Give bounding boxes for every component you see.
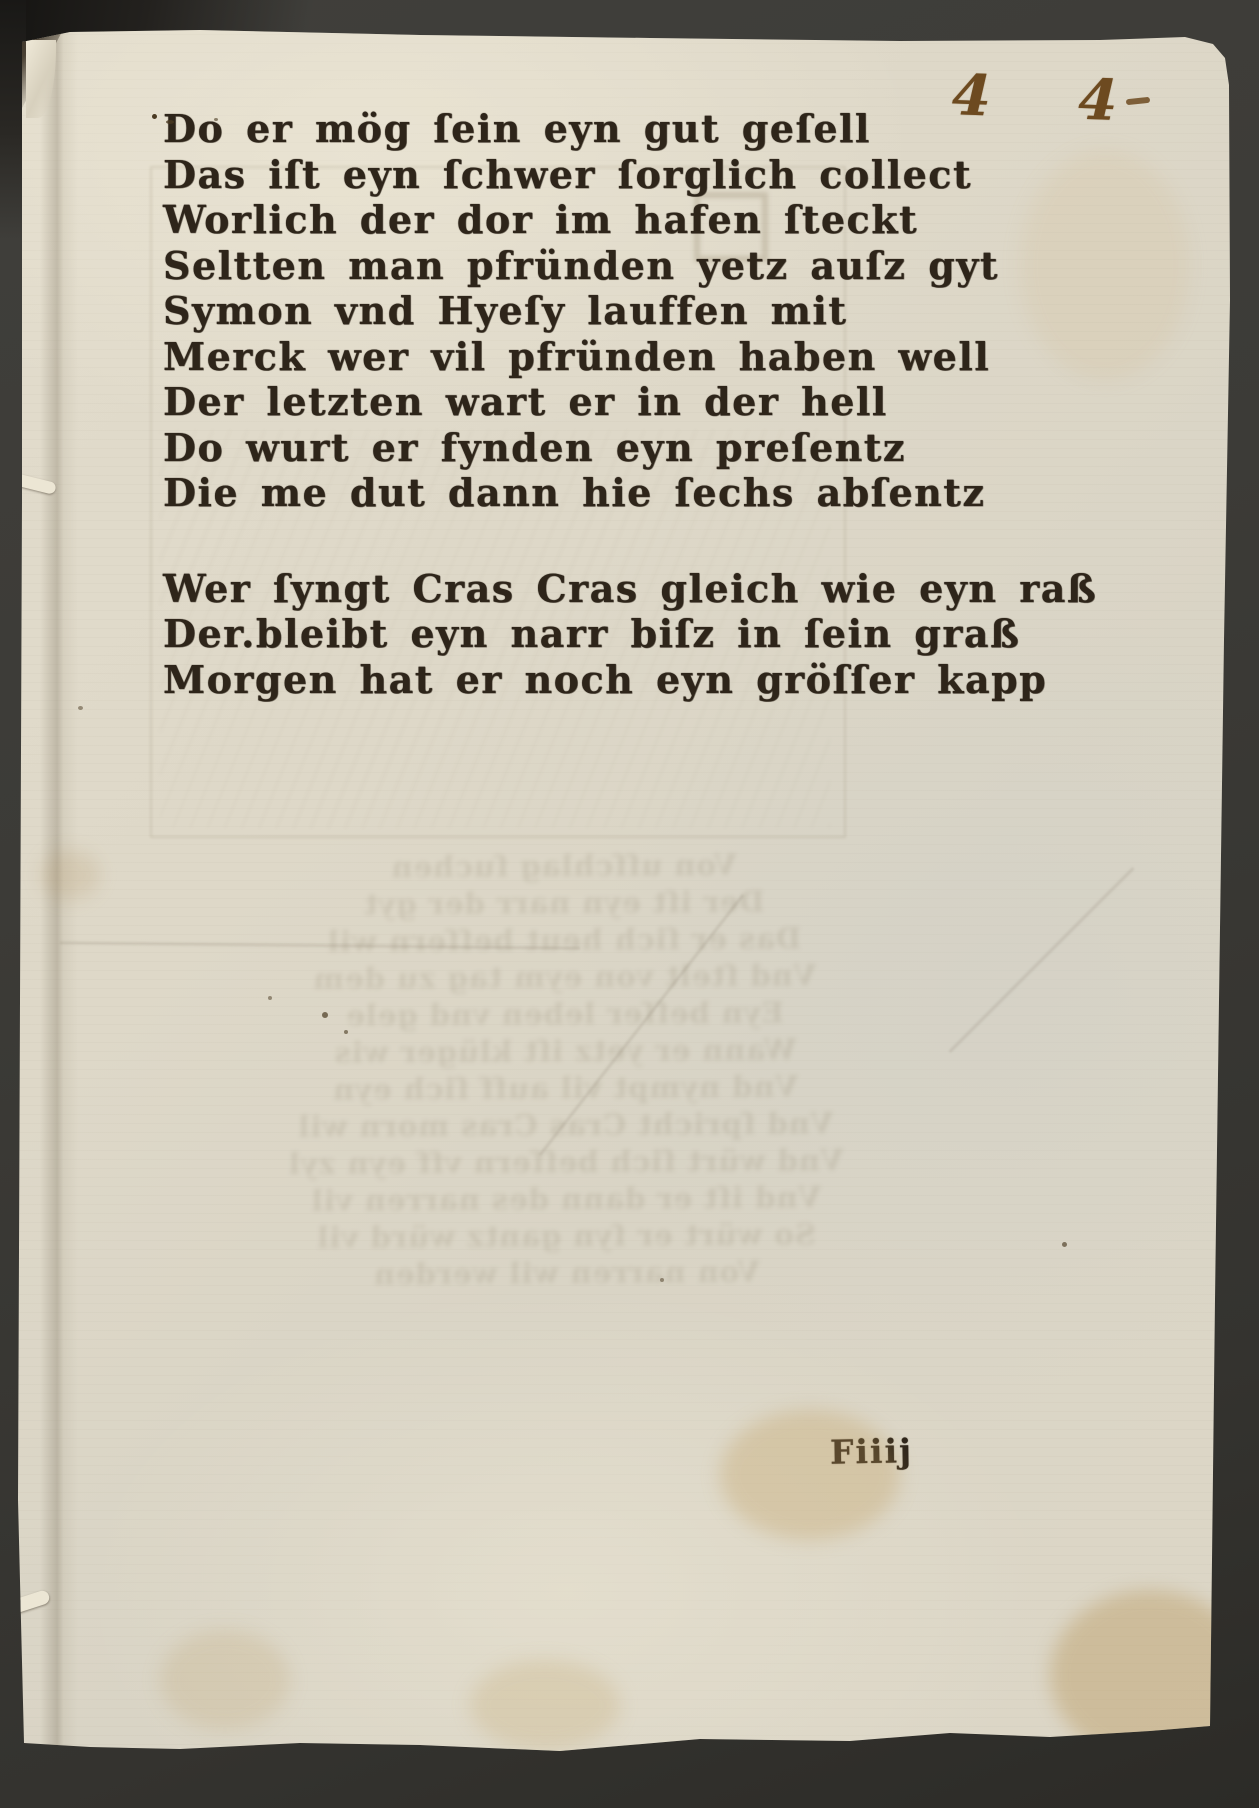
ink-speck [214,118,218,121]
poem-line: Das iſt eyn ſchwer ſorglich collect [163,152,1143,198]
poem-stanza-2: Wer ſyngt Cras Cras gleich wie eyn raßDe… [163,566,1143,703]
poem-stanza-1: Do er mög ſein eyn gut geſellDas iſt eyn… [163,106,1143,516]
ghost-line: Wann er yetz iſt klüger wis [250,1031,880,1072]
paper-stain [1020,150,1190,380]
ghost-line: Vnd iſt er dann des narren vil [251,1179,881,1220]
ghost-line: Von narren wil werden [251,1253,881,1294]
ghost-line: Vnd würt ſich beſſern vff eyn zyl [251,1142,881,1183]
ghost-line: Der iſt eyn narr der gyt [249,883,879,924]
ghost-line: Das er ſich heut beſſern wil [249,920,879,961]
poem-line: Merck wer vil pfründen haben well [163,334,1143,380]
ghost-line: Eyn beſſer leben vnd gele [249,994,879,1035]
poem-line: Der letzten wart er in der hell [163,379,1143,425]
book-page: Von uſſchlag ſuchenDer iſt eyn narr der … [0,0,1259,1808]
poem-line: Die me dut dann hie ſechs abſentz [163,470,1143,516]
ink-speck [322,1012,328,1018]
ink-speck [1062,1242,1067,1247]
ink-speck [166,120,174,124]
ink-speck [152,114,157,119]
poem-line: Symon vnd Hyeſy lauffen mit [163,288,1143,334]
poem-text-block: Do er mög ſein eyn gut geſellDas iſt eyn… [163,106,1143,702]
gutter-crease [40,0,78,1808]
paper-stain [470,1660,620,1750]
poem-line: Do wurt er fynden eyn preſentz [163,425,1143,471]
poem-line: Worlich der dor im hafen ſteckt [163,197,1143,243]
poem-line: Der.bleibt eyn narr biſz in ſein graß [163,611,1143,657]
paper-stain [1050,1590,1250,1760]
ghost-line: Vnd ſtelt von eym tag zu dem [249,957,879,998]
ink-speck [660,1278,664,1282]
ghost-line: Vnd ſpricht Cras Cras morn wil [250,1105,880,1146]
paper-stain [40,850,100,900]
ink-speck [268,996,272,1000]
poem-line: Wer ſyngt Cras Cras gleich wie eyn raß [163,566,1143,612]
ghost-line: So würt er ſyn gantz würd vil [251,1216,881,1257]
ink-speck [78,706,83,710]
paper-stain [160,1630,290,1730]
ghost-line: Von uſſchlag ſuchen [248,846,878,887]
paper-crease [949,867,1135,1053]
ghost-line: Vnd nympt vil auff ſich eyn [250,1068,880,1109]
verso-text-showthrough: Von uſſchlag ſuchenDer iſt eyn narr der … [248,846,881,1294]
book-scan-photo: Von uſſchlag ſuchenDer iſt eyn narr der … [0,0,1259,1808]
stanza-gap [163,516,1143,566]
poem-line: Morgen hat er noch eyn gröſſer kapp [163,657,1143,703]
paper-stain [720,1410,900,1540]
poem-line: Seltten man pfründen yetz auſz gyt [163,243,1143,289]
ink-speck [344,1030,348,1034]
